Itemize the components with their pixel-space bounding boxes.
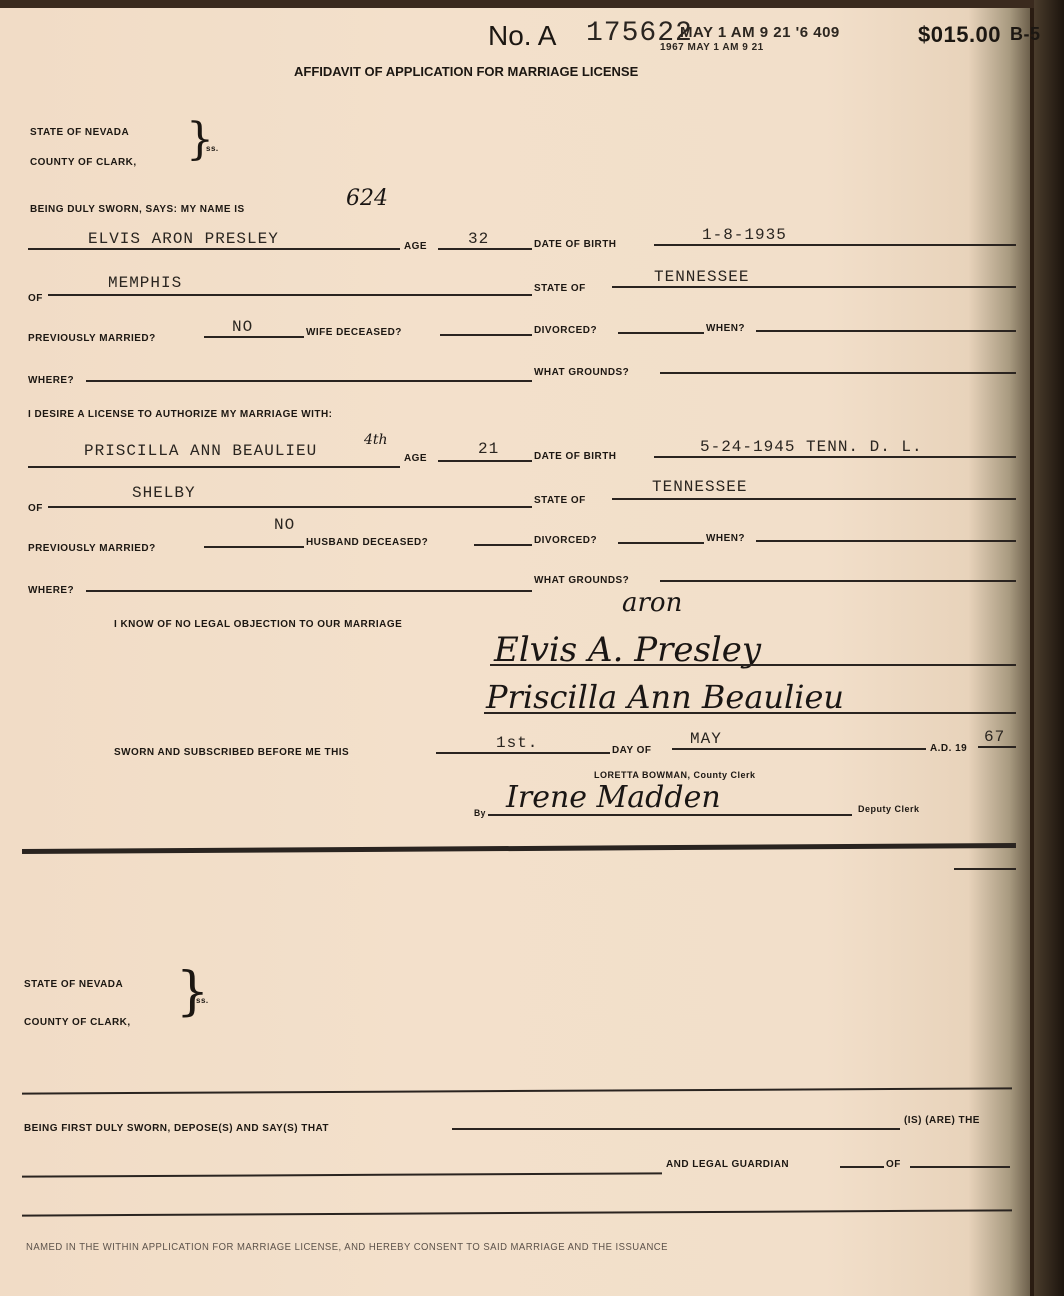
groom-dob-label: DATE OF BIRTH — [534, 238, 616, 250]
consent-of-line — [910, 1166, 1010, 1168]
small-mark — [954, 868, 1016, 870]
bride-state-label: STATE OF — [534, 494, 586, 506]
guardian-label: AND LEGAL GUARDIAN — [666, 1158, 789, 1170]
objection-statement: I KNOW OF NO LEGAL OBJECTION TO OUR MARR… — [114, 618, 402, 630]
groom-signature-line — [490, 664, 1016, 666]
bride-desire-label: I DESIRE A LICENSE TO AUTHORIZE MY MARRI… — [28, 408, 332, 420]
time-stamp: MAY 1 AM 9 21 '6 409 — [680, 24, 840, 41]
bride-deceased-line — [474, 544, 532, 546]
consent-venue-county: COUNTY OF CLARK, — [24, 1016, 131, 1028]
groom-hand-note: 624 — [346, 186, 388, 211]
bride-prev-married: NO — [274, 516, 295, 534]
deputy-clerk-label: Deputy Clerk — [858, 804, 920, 814]
bride-of-value: SHELBY — [132, 484, 196, 502]
bride-grounds-label: WHAT GROUNDS? — [534, 574, 629, 586]
photo-right-edge — [1034, 0, 1064, 1296]
document-title: AFFIDAVIT OF APPLICATION FOR MARRIAGE LI… — [294, 64, 638, 79]
bride-signature-line — [484, 712, 1016, 714]
venue-state: STATE OF NEVADA — [30, 126, 129, 138]
bride-of-label: OF — [28, 502, 43, 514]
consent-venue-state: STATE OF NEVADA — [24, 978, 123, 990]
bride-state-line — [612, 498, 1016, 500]
groom-state-value: TENNESSEE — [654, 268, 749, 286]
bride-prev-married-label: PREVIOUSLY MARRIED? — [28, 542, 156, 554]
groom-prev-married-line — [204, 336, 304, 338]
venue-county: COUNTY OF CLARK, — [30, 156, 137, 168]
groom-prev-married-label: PREVIOUSLY MARRIED? — [28, 332, 156, 344]
sworn-label: SWORN AND SUBSCRIBED BEFORE ME THIS — [114, 746, 349, 758]
groom-name: ELVIS ARON PRESLEY — [88, 230, 279, 248]
groom-grounds-line — [660, 372, 1016, 374]
venue-ss: ss. — [206, 144, 219, 153]
bride-age-line — [438, 460, 532, 462]
groom-state-line — [612, 286, 1016, 288]
consent-of-label: OF — [886, 1158, 901, 1170]
brace-icon: } — [186, 118, 214, 162]
groom-where-line — [86, 380, 532, 382]
groom-deceased-label: WIFE DECEASED? — [306, 326, 402, 338]
sworn-year: 67 — [984, 728, 1005, 746]
guardian-blank-line — [840, 1166, 884, 1168]
bride-name-line — [28, 466, 400, 468]
photo-top-edge — [0, 0, 1064, 8]
sworn-month: MAY — [690, 730, 722, 748]
groom-where-label: WHERE? — [28, 374, 74, 386]
groom-when-line — [756, 330, 1016, 332]
fee-amount: $015.00 — [918, 22, 1001, 48]
first-sworn-line — [452, 1128, 900, 1130]
sworn-year-line — [978, 746, 1016, 748]
time-stamp-secondary: 1967 MAY 1 AM 9 21 — [660, 42, 764, 53]
groom-state-label: STATE OF — [534, 282, 586, 294]
bride-of-line — [48, 506, 532, 508]
bride-divorced-line — [618, 542, 704, 544]
groom-age: 32 — [468, 230, 489, 248]
sworn-month-line — [672, 748, 926, 750]
bride-when-label: WHEN? — [706, 532, 745, 544]
groom-divorced-line — [618, 332, 704, 334]
groom-grounds-label: WHAT GROUNDS? — [534, 366, 629, 378]
groom-dob-line — [654, 244, 1016, 246]
first-sworn-label: BEING FIRST DULY SWORN, DEPOSE(S) AND SA… — [24, 1122, 329, 1134]
by-label: By — [474, 808, 486, 818]
bride-name: PRISCILLA ANN BEAULIEU — [84, 442, 317, 460]
groom-dob: 1-8-1935 — [702, 226, 787, 244]
bride-where-line — [86, 590, 532, 592]
groom-of-label: OF — [28, 292, 43, 304]
fee-suffix: B-5 — [1010, 24, 1041, 45]
consent-ss: ss. — [196, 996, 209, 1005]
bride-age: 21 — [478, 440, 499, 458]
groom-of-line — [48, 294, 532, 296]
groom-age-label: AGE — [404, 240, 427, 252]
groom-name-line — [28, 248, 400, 250]
county-clerk: LORETTA BOWMAN, County Clerk — [594, 770, 756, 780]
bride-deceased-label: HUSBAND DECEASED? — [306, 536, 428, 548]
bride-age-label: AGE — [404, 452, 427, 464]
hand-correction-aron: aron — [622, 588, 682, 618]
groom-divorced-label: DIVORCED? — [534, 324, 597, 336]
bride-dob: 5-24-1945 TENN. D. L. — [700, 438, 923, 456]
bride-hand-note: 4th — [364, 432, 388, 448]
groom-deceased-line — [440, 334, 532, 336]
groom-age-line — [438, 248, 532, 250]
bride-prev-married-line — [204, 546, 304, 548]
bride-dob-line — [654, 456, 1016, 458]
bride-divorced-label: DIVORCED? — [534, 534, 597, 546]
deputy-signature: Irene Madden — [506, 780, 721, 815]
day-of-label: DAY OF — [612, 744, 651, 756]
groom-of-value: MEMPHIS — [108, 274, 182, 292]
deputy-signature-line — [488, 814, 852, 816]
bride-state-value: TENNESSEE — [652, 478, 747, 496]
brace-icon: } — [176, 966, 209, 1018]
is-are-label: (IS) (ARE) THE — [904, 1114, 980, 1126]
consent-footer-text: NAMED IN THE WITHIN APPLICATION FOR MARR… — [26, 1242, 668, 1253]
bride-when-line — [756, 540, 1016, 542]
bride-signature: Priscilla Ann Beaulieu — [486, 678, 844, 716]
ad-label: A.D. 19 — [930, 742, 967, 754]
groom-when-label: WHEN? — [706, 322, 745, 334]
license-number-label: No. A — [488, 20, 556, 52]
groom-prev-married: NO — [232, 318, 253, 336]
sworn-day-line — [436, 752, 610, 754]
groom-sworn-label: BEING DULY SWORN, SAYS: MY NAME IS — [30, 203, 245, 215]
sworn-day: 1st. — [496, 734, 538, 752]
bride-dob-label: DATE OF BIRTH — [534, 450, 616, 462]
bride-grounds-line — [660, 580, 1016, 582]
bride-where-label: WHERE? — [28, 584, 74, 596]
